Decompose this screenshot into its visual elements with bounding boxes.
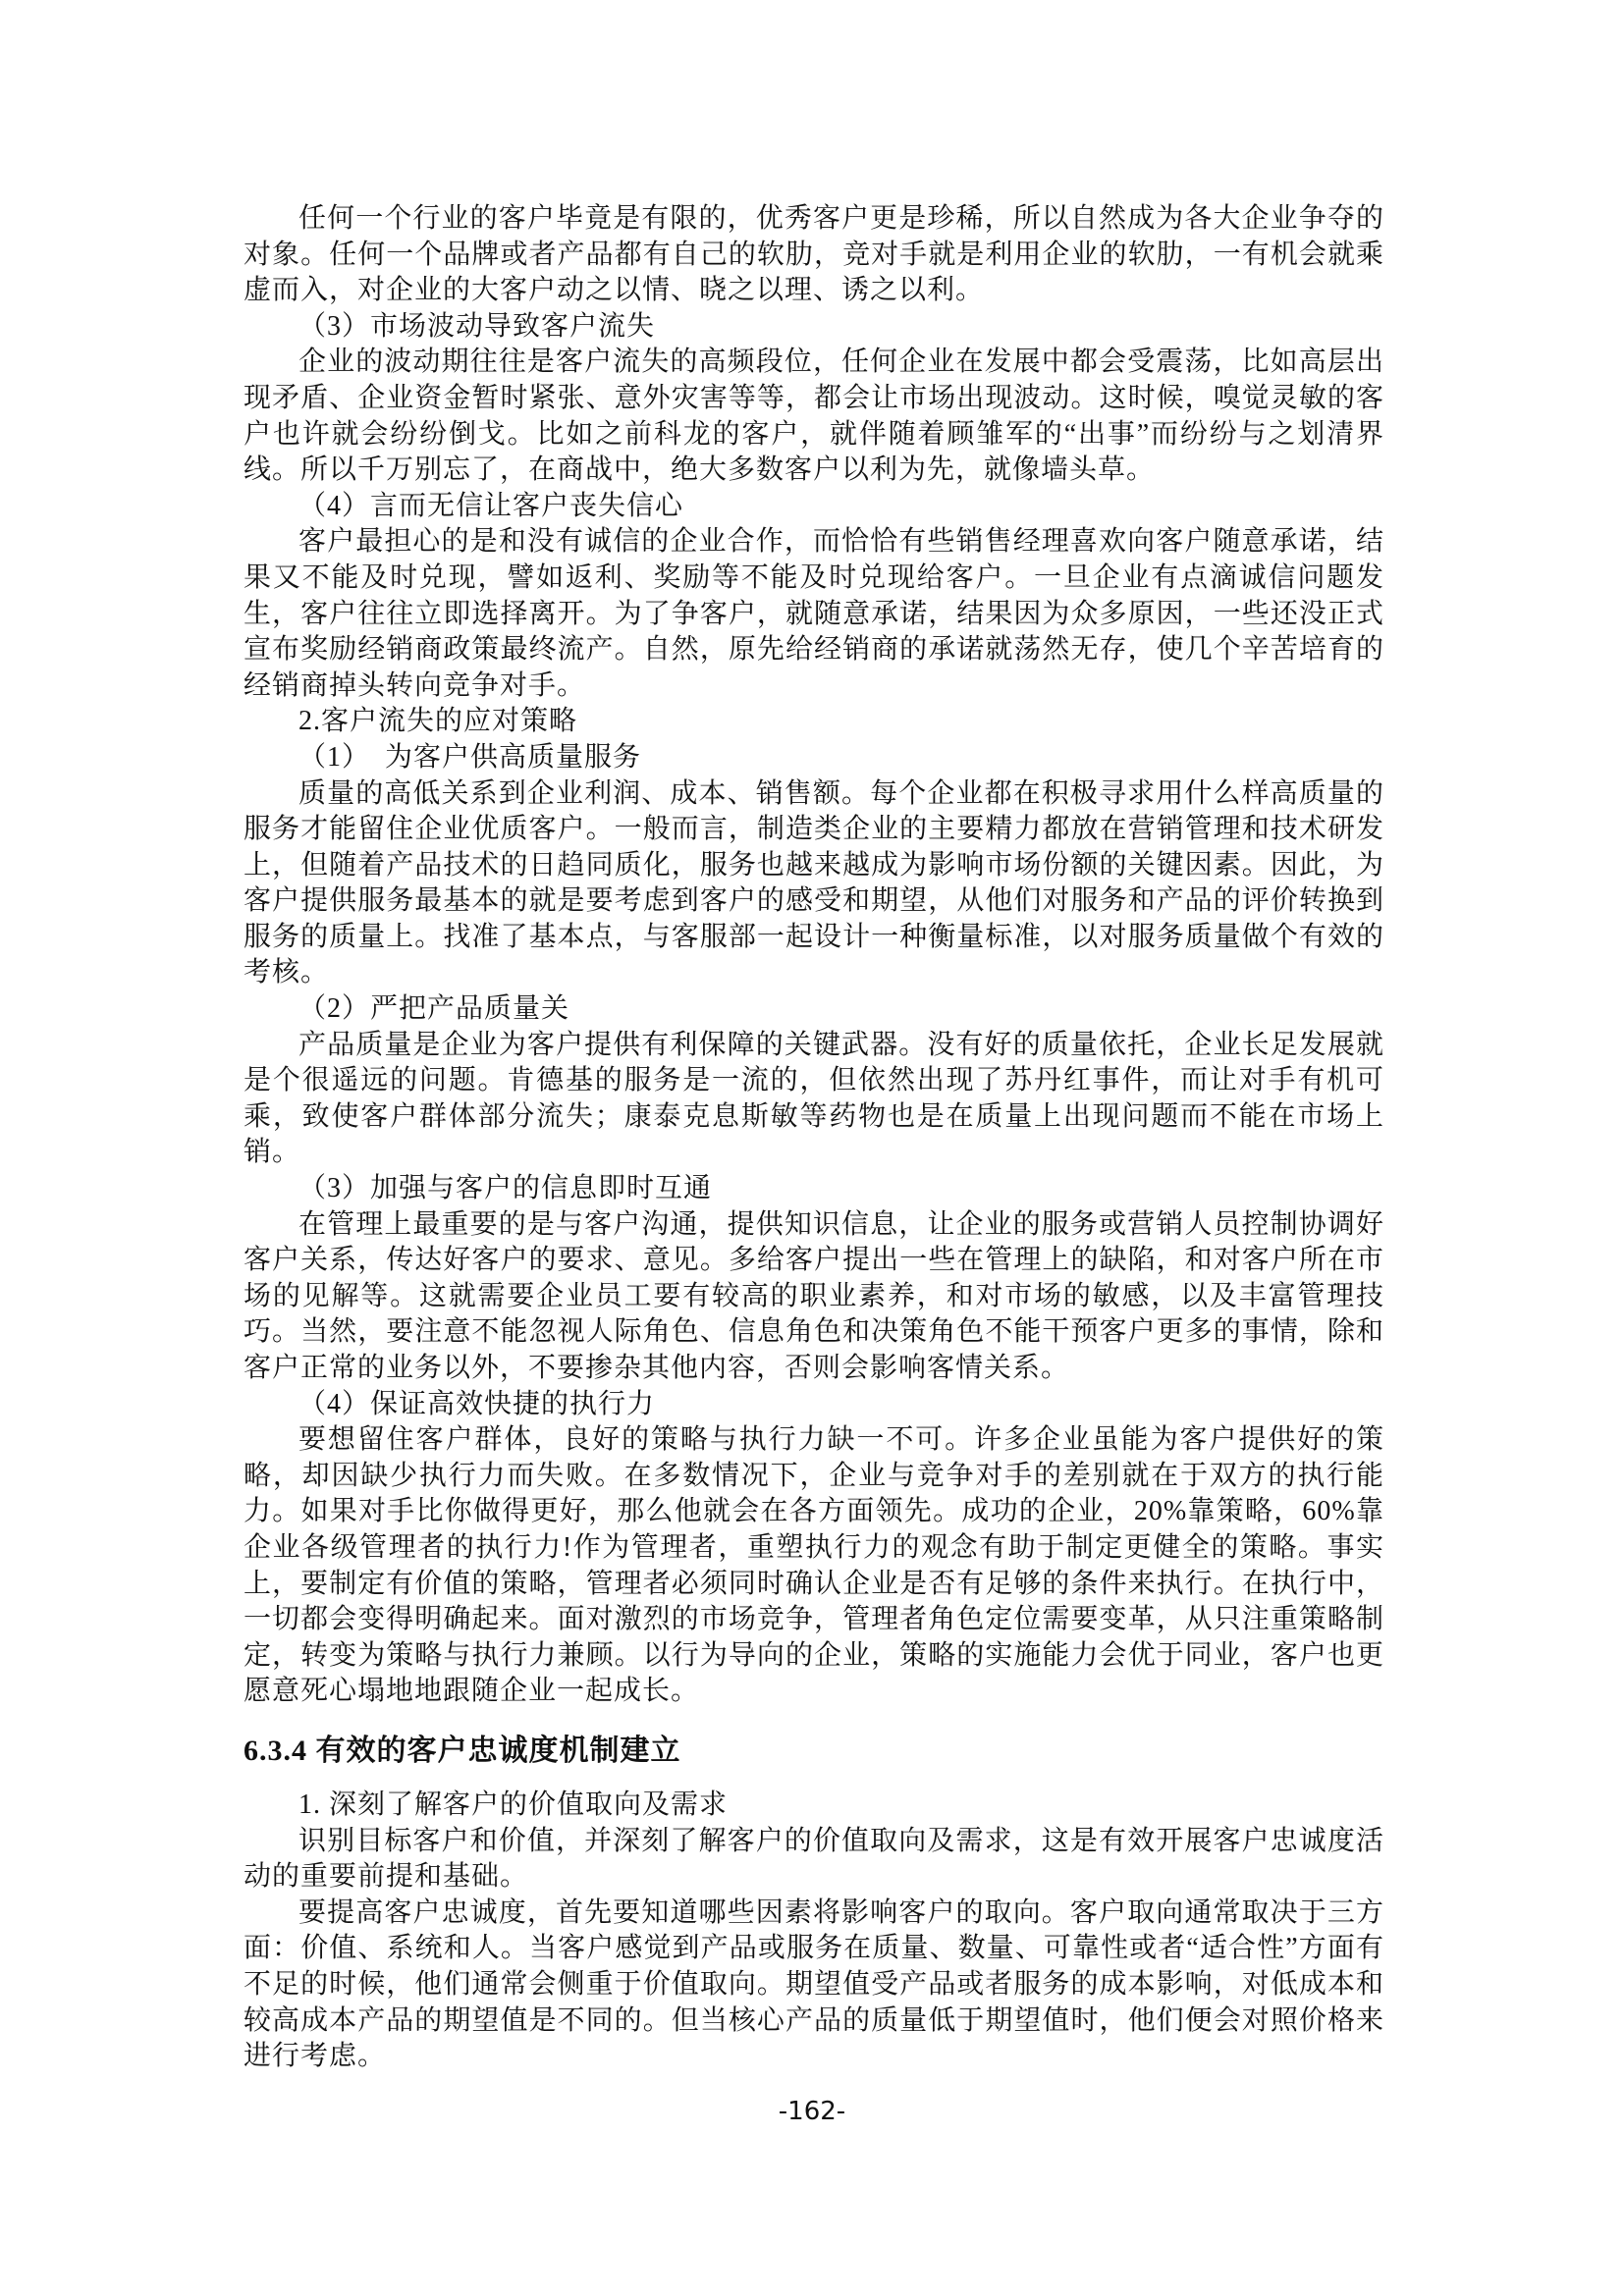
body-paragraph: 企业的波动期往往是客户流失的高频段位，任何企业在发展中都会受震荡，比如高层出现矛… — [244, 345, 1384, 488]
body-paragraph: 客户最担心的是和没有诚信的企业合作，而恰恰有些销售经理喜欢向客户随意承诺，结果又… — [244, 524, 1384, 704]
body-paragraph: 质量的高低关系到企业利润、成本、销售额。每个企业都在积极寻求用什么样高质量的服务… — [244, 776, 1384, 992]
numbered-item: （2）严把产品质量关 — [244, 991, 1384, 1028]
numbered-item: 2.客户流失的应对策略 — [244, 704, 1384, 740]
numbered-item: 1. 深刻了解客户的价值取向及需求 — [244, 1788, 1384, 1824]
numbered-item: （4）言而无信让客户丧失信心 — [244, 489, 1384, 525]
numbered-item: （3）加强与客户的信息即时互通 — [244, 1171, 1384, 1207]
body-paragraph: 产品质量是企业为客户提供有利保障的关键武器。没有好的质量依托，企业长足发展就是个… — [244, 1028, 1384, 1171]
body-paragraph: 要提高客户忠诚度，首先要知道哪些因素将影响客户的取向。客户取向通常取决于三方面：… — [244, 1896, 1384, 2075]
numbered-item: （3）市场波动导致客户流失 — [244, 309, 1384, 346]
body-paragraph: 任何一个行业的客户毕竟是有限的，优秀客户更是珍稀，所以自然成为各大企业争夺的对象… — [244, 201, 1384, 309]
body-paragraph: 要想留住客户群体，良好的策略与执行力缺一不可。许多企业虽能为客户提供好的策略，却… — [244, 1422, 1384, 1710]
numbered-item: （4）保证高效快捷的执行力 — [244, 1387, 1384, 1423]
body-paragraph: 在管理上最重要的是与客户沟通，提供知识信息，让企业的服务或营销人员控制协调好客户… — [244, 1207, 1384, 1387]
body-paragraph: 识别目标客户和价值，并深刻了解客户的价值取向及需求，这是有效开展客户忠诚度活动的… — [244, 1824, 1384, 1896]
document-page: 任何一个行业的客户毕竟是有限的，优秀客户更是珍稀，所以自然成为各大企业争夺的对象… — [0, 0, 1624, 2296]
numbered-item: （1） 为客户供高质量服务 — [244, 740, 1384, 776]
section-heading: 6.3.4 有效的客户忠诚度机制建立 — [244, 1732, 1384, 1771]
page-number: -162- — [0, 2097, 1624, 2126]
document-body: 任何一个行业的客户毕竟是有限的，优秀客户更是珍稀，所以自然成为各大企业争夺的对象… — [244, 201, 1384, 2075]
